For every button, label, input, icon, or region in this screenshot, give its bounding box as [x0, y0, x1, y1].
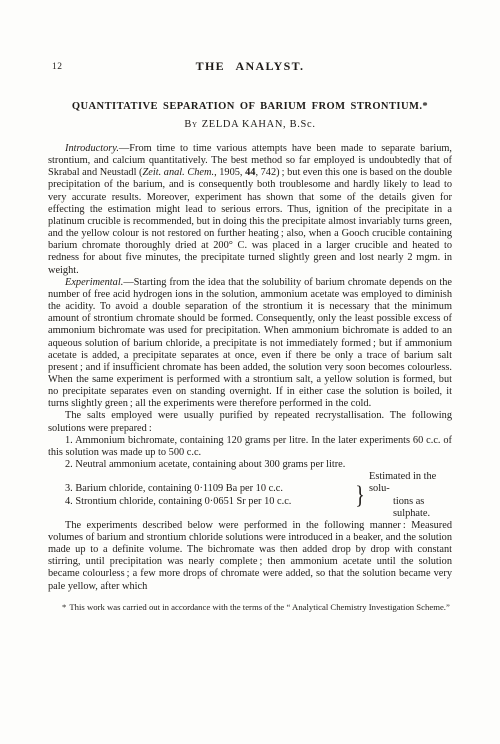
article-body: Introductory.—From time to time various … [48, 143, 452, 612]
reagent-brace-group: 3. Barium chloride, containing 0·1109 Ba… [48, 471, 452, 520]
brace-note: Estimated in the solu- tions as sulphate… [369, 471, 452, 520]
byline-prefix: By [184, 119, 197, 130]
list-item-ammonium-acetate: 2. Neutral ammonium acetate, containing … [48, 459, 452, 471]
byline: ByZELDA KAHAN, B.Sc. [0, 119, 500, 130]
list-item-ammonium-bichromate: 1. Ammonium bichromate, containing 120 g… [48, 435, 452, 459]
article-title: QUANTITATIVE SEPARATION OF BARIUM FROM S… [0, 101, 500, 112]
paragraph-introductory: Introductory.—From time to time various … [48, 143, 452, 277]
brace-note-line: tions as sulphate. [369, 496, 452, 520]
paragraph-procedure: The experiments described below were per… [48, 520, 452, 593]
brace-note-line: Estimated in the solu- [369, 471, 452, 495]
paragraph-salts: The salts employed were usually purified… [48, 410, 452, 434]
journal-page: 12 THE ANALYST. QUANTITATIVE SEPARATION … [0, 0, 500, 744]
author-name: ZELDA KAHAN, B.Sc. [202, 119, 316, 130]
footnote-marker: * [62, 602, 66, 612]
page-header: 12 THE ANALYST. [48, 59, 452, 75]
page-number: 12 [52, 62, 63, 72]
list-item-strontium-chloride: 4. Strontium chloride, containing 0·0651… [48, 496, 354, 508]
braced-list-items: 3. Barium chloride, containing 0·1109 Ba… [48, 483, 354, 507]
paragraph-experimental: Experimental.—Starting from the idea tha… [48, 277, 452, 411]
brace-icon: } [355, 484, 365, 508]
list-item-barium-chloride: 3. Barium chloride, containing 0·1109 Ba… [48, 483, 354, 495]
journal-title: THE ANALYST. [48, 59, 452, 74]
footnote: *This work was carried out in accordance… [48, 602, 452, 612]
footnote-text: This work was carried out in accordance … [69, 602, 450, 612]
